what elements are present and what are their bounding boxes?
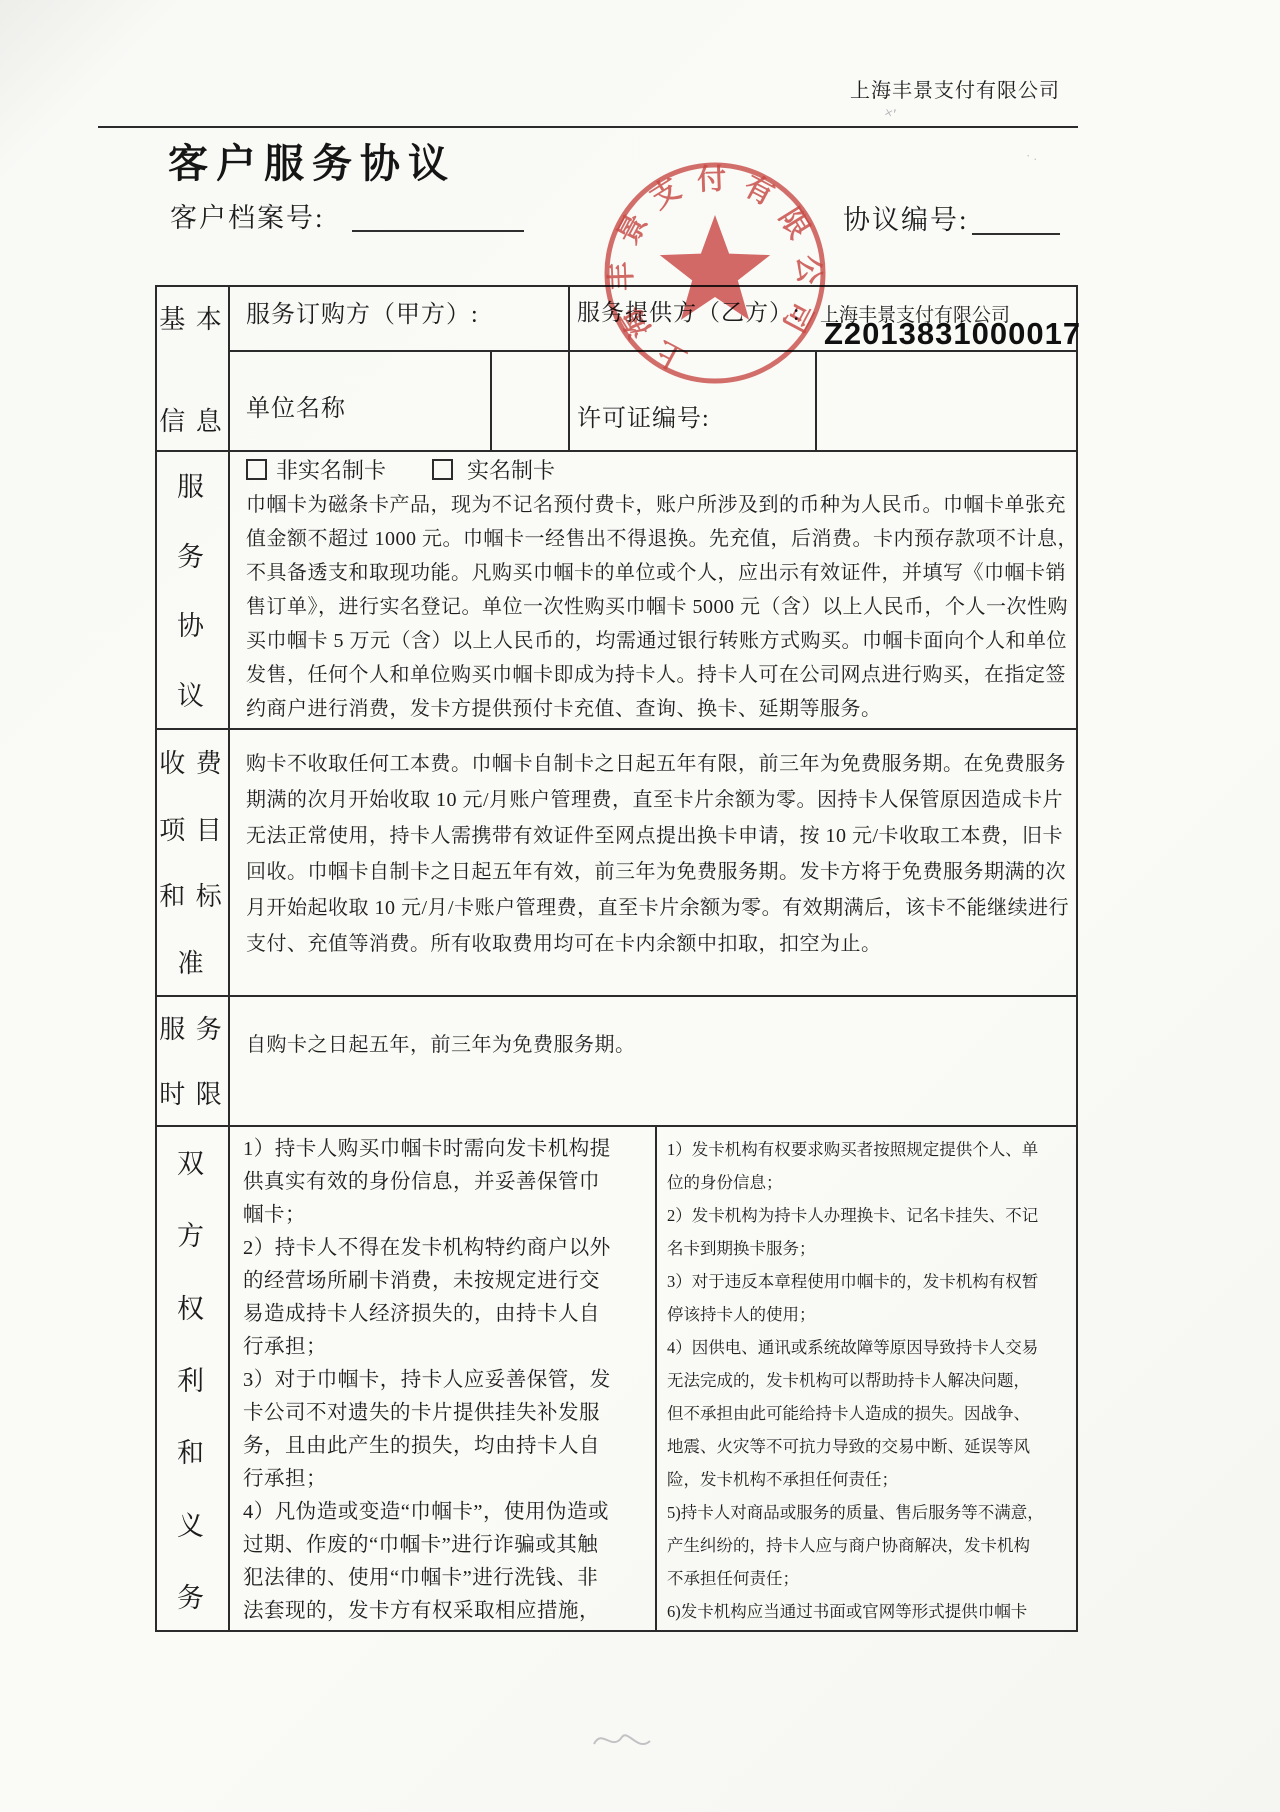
seal-star-icon	[660, 215, 770, 320]
file-no-blank	[352, 230, 524, 232]
row-label-char: 务	[177, 1576, 206, 1615]
row-label-char: 利	[177, 1359, 206, 1398]
row-label-line: 基 本	[159, 299, 224, 336]
service-agreement-text: 巾帼卡为磁条卡产品，现为不记名预付费卡，账户所涉及到的币种为人民币。巾帼卡单张充…	[246, 488, 1070, 726]
license-value: Z2013831000017	[824, 316, 1081, 352]
row-label-char: 双	[177, 1142, 206, 1181]
svg-text:景: 景	[611, 209, 654, 250]
scan-artifact-dots: · .	[1026, 148, 1037, 164]
row-label-char: 协	[177, 604, 206, 643]
unit-name-label: 单位名称	[246, 388, 346, 423]
svg-text:公: 公	[791, 255, 824, 285]
row-label-line: 和 标	[159, 876, 224, 913]
row-label-line: 时 限	[159, 1074, 224, 1111]
row-divider-4	[155, 1125, 1078, 1127]
page-title: 客户服务协议	[168, 132, 456, 189]
license-label: 许可证编号:	[577, 398, 710, 433]
scan-artifact-mark: ×'	[882, 105, 897, 124]
row-divider-2	[155, 728, 1078, 730]
rights-left-column-text: 1）持卡人购买巾帼卡时需向发卡机构提 供真实有效的身份信息，并妥善保管巾 帼卡；…	[243, 1133, 649, 1628]
row-label-char: 议	[177, 674, 206, 713]
checkbox-real-name-card: 实名制卡	[432, 454, 555, 485]
row-divider-3	[155, 995, 1078, 997]
row-divider-1	[155, 450, 1078, 452]
row-label-line: 服 务	[159, 1009, 224, 1046]
company-seal-stamp: 上海丰景支付有限公司	[595, 153, 835, 393]
row-label-char: 方	[177, 1214, 206, 1253]
checkbox-label: 实名制卡	[467, 454, 555, 485]
row-label-fees: 收 费 项 目 和 标 准	[155, 728, 228, 995]
agreement-no-label: 协议编号:	[843, 198, 969, 237]
fees-text: 购卡不收取任何工本费。巾帼卡自制卡之日起五年有限，前三年为免费服务期。在免费服务…	[246, 746, 1070, 962]
company-name-header: 上海丰景支付有限公司	[700, 74, 1060, 103]
rights-column-divider	[655, 1125, 657, 1632]
row-label-line: 准	[177, 943, 205, 980]
header-rule	[98, 126, 1078, 128]
party-a-label: 服务订购方（甲方）:	[246, 294, 479, 329]
row-label-service-term: 服 务 时 限	[155, 995, 228, 1125]
scanned-document-page: 上海丰景支付有限公司 客户服务协议 客户档案号: 协议编号: 基 本 信 息 服…	[0, 0, 1280, 1812]
checkbox-non-real-name-card: 非实名制卡	[246, 454, 386, 485]
card-type-checkbox-row: 非实名制卡 实名制卡	[246, 454, 555, 485]
checkbox-icon	[432, 459, 453, 480]
checkbox-label: 非实名制卡	[276, 454, 386, 485]
row-label-char: 义	[177, 1504, 206, 1543]
label-column-divider	[228, 285, 230, 1632]
svg-text:司: 司	[776, 296, 819, 337]
svg-text:限: 限	[773, 202, 816, 244]
svg-text:上: 上	[651, 334, 692, 377]
svg-text:支: 支	[644, 172, 686, 215]
svg-text:有: 有	[738, 169, 779, 212]
svg-text:海: 海	[614, 301, 658, 344]
svg-text:丰: 丰	[605, 261, 639, 291]
row-label-line: 信 息	[159, 401, 224, 438]
row-label-line: 项 目	[159, 810, 224, 847]
agreement-no-blank	[972, 233, 1060, 235]
row-label-basic-info: 基 本 信 息	[155, 285, 228, 450]
row-label-char: 和	[177, 1431, 206, 1470]
row-label-rights: 双 方 权 利 和 义 务	[155, 1125, 228, 1632]
file-no-label: 客户档案号:	[170, 196, 325, 235]
row-label-line: 收 费	[159, 743, 224, 780]
unit-name-divider	[490, 350, 492, 450]
scan-artifact-squiggle	[588, 1722, 658, 1762]
checkbox-icon	[246, 459, 267, 480]
row-label-char: 权	[177, 1287, 206, 1326]
row-label-char: 服	[177, 465, 206, 504]
svg-text:付: 付	[697, 162, 727, 197]
rights-right-column-text: 1）发卡机构有权要求购买者按照规定提供个人、单 位的身份信息； 2）发卡机构为持…	[667, 1133, 1073, 1628]
row-label-service-agreement: 服 务 协 议	[155, 450, 228, 728]
row-label-char: 务	[177, 535, 206, 574]
service-term-text: 自购卡之日起五年，前三年为免费服务期。	[246, 1028, 1070, 1062]
party-column-divider	[568, 285, 570, 450]
